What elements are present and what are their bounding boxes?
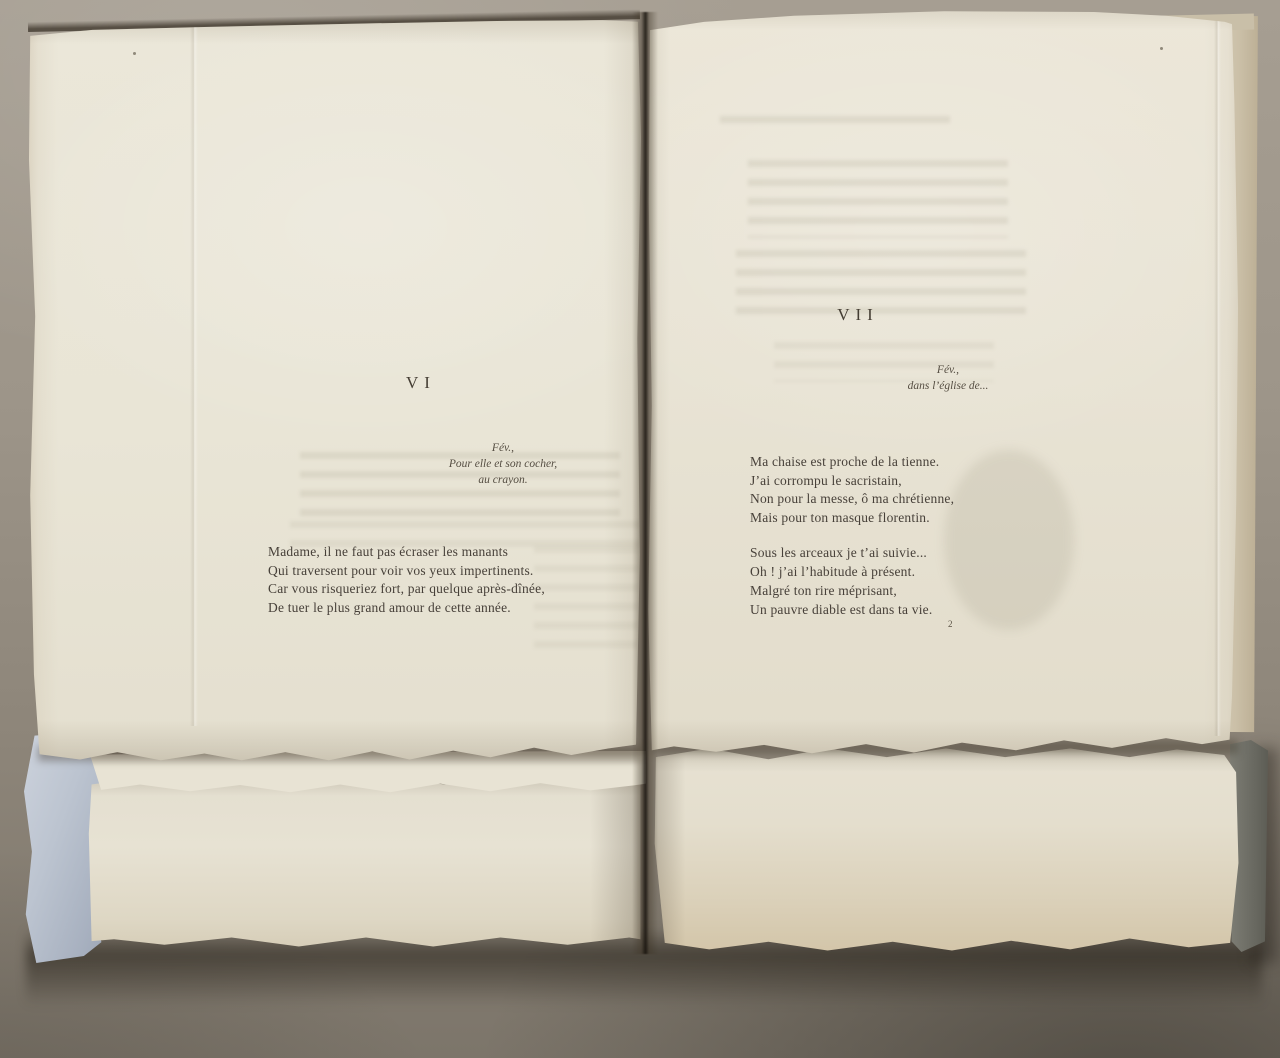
poem-line: J’ai corrompu le sacristain, (750, 472, 954, 491)
dedication-line: au crayon. (403, 472, 603, 488)
right-lower-leaf (650, 742, 1242, 958)
poem-line: Mais pour ton masque florentin. (750, 509, 954, 528)
left-section-heading: VI (381, 373, 461, 393)
paper-speck (1160, 47, 1163, 50)
right-page-crease (1214, 16, 1221, 736)
poem-line: De tuer le plus grand amour de cette ann… (268, 599, 545, 618)
dedication-line: Fév., (848, 362, 1048, 378)
photo-open-poetry-book: VI Fév., Pour elle et son cocher, au cra… (0, 0, 1280, 1058)
left-lower-leaf (86, 770, 646, 952)
right-page: VII Fév., dans l’église de... Ma chaise … (644, 6, 1244, 760)
poem-line: Ma chaise est proche de la tienne. (750, 453, 954, 472)
right-showthrough-text (720, 116, 950, 129)
poem-line: Qui traversent pour voir vos yeux impert… (268, 562, 545, 581)
left-page-crease (190, 26, 198, 726)
poem-line: Sous les arceaux je t’ai suivie... (750, 543, 932, 562)
dedication-line: Fév., (403, 440, 603, 456)
left-showthrough-text (534, 546, 638, 658)
paper-speck (133, 52, 136, 55)
dedication-line: Pour elle et son cocher, (403, 456, 603, 472)
poem-line: Madame, il ne faut pas écraser les manan… (268, 543, 545, 562)
right-showthrough-blot (944, 450, 1074, 630)
left-poem-stanza: Madame, il ne faut pas écraser les manan… (268, 543, 545, 617)
poem-line: Oh ! j’ai l’habitude à présent. (750, 562, 932, 581)
right-dedication: Fév., dans l’église de... (848, 362, 1048, 394)
poem-line: Car vous risqueriez fort, par quelque ap… (268, 580, 545, 599)
poem-line: Non pour la messe, ô ma chrétienne, (750, 490, 954, 509)
gutter-shadow (632, 12, 658, 954)
poem-line: Un pauvre diable est dans ta vie. (750, 600, 932, 619)
right-showthrough-text (748, 160, 1008, 238)
left-page: VI Fév., Pour elle et son cocher, au cra… (24, 18, 646, 764)
dedication-line: dans l’église de... (848, 378, 1048, 394)
signature-mark: 2 (948, 619, 953, 629)
right-section-heading: VII (813, 305, 903, 325)
right-poem-stanza-1: Ma chaise est proche de la tienne. J’ai … (750, 453, 954, 527)
right-poem-stanza-2: Sous les arceaux je t’ai suivie... Oh ! … (750, 543, 932, 619)
poem-line: Malgré ton rire méprisant, (750, 581, 932, 600)
left-dedication: Fév., Pour elle et son cocher, au crayon… (403, 440, 603, 488)
